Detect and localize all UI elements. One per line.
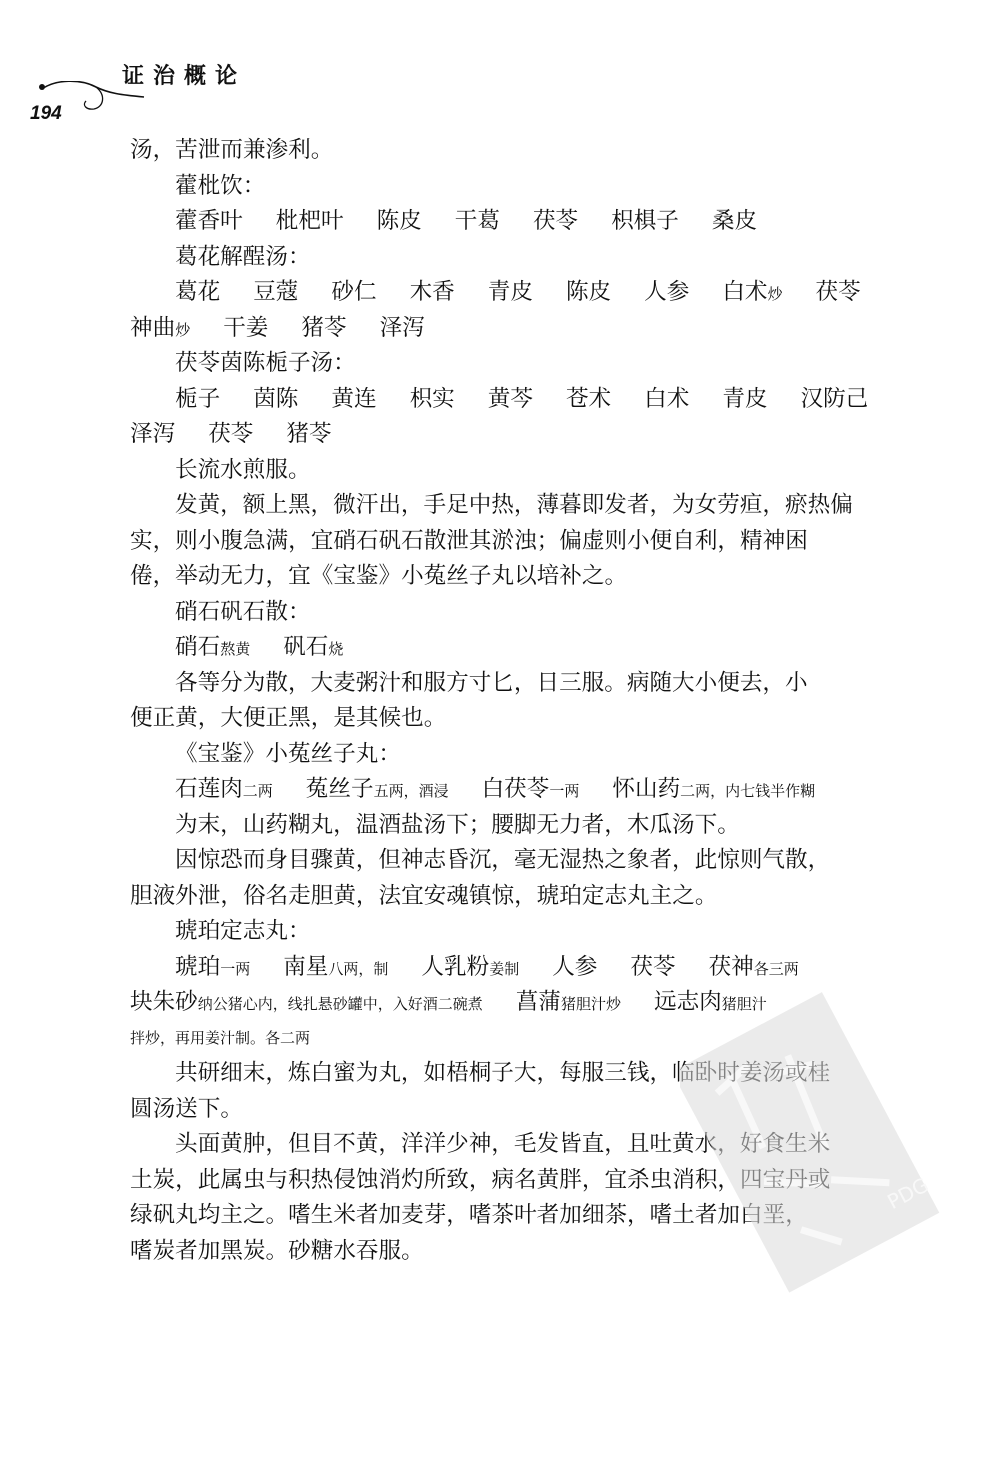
herb-name: 干姜: [223, 315, 268, 341]
herb-name: 石莲肉: [175, 776, 243, 802]
herb-name: 神曲: [130, 315, 175, 341]
herb-item: 神曲炒: [130, 315, 190, 341]
herb-item: 藿香叶: [175, 208, 243, 234]
herb-name: 泽泻: [130, 421, 175, 447]
herb-name: 干葛: [455, 208, 500, 234]
herb-item: 怀山药二两，内七钱半作糊: [612, 776, 815, 802]
section-heading: 葛花解酲汤：: [130, 240, 902, 276]
herb-item: 青皮: [722, 386, 767, 412]
herb-item: 黄芩: [488, 386, 533, 412]
section-heading: 《宝鉴》小菟丝子丸：: [130, 737, 902, 773]
section-heading: 藿枇饮：: [130, 169, 902, 205]
herb-preparation-note: 猪胆汁炒: [561, 995, 621, 1013]
herb-name: 栀子: [175, 386, 220, 412]
running-title: 证治概论: [122, 59, 246, 90]
herb-item: 木香: [410, 279, 455, 305]
herb-preparation-note: 姜制: [489, 960, 519, 978]
herb-item: 黄连: [331, 386, 376, 412]
paragraph-line: 因惊恐而身目骤黄，但神志昏沉，毫无湿热之象者，此惊则气散，: [130, 843, 902, 879]
herb-list: 神曲炒干姜猪苓泽泻: [130, 311, 902, 347]
herb-preparation-note: 二两，内七钱半作糊: [680, 782, 815, 800]
herb-item: 干葛: [455, 208, 500, 234]
herb-item: 琥珀一两: [175, 954, 250, 980]
herb-name: 菖蒲: [516, 989, 561, 1015]
herb-preparation-note: 烧: [328, 640, 343, 658]
herb-item: 枳实: [410, 386, 455, 412]
herb-preparation-note: 一两: [220, 960, 250, 978]
paragraph-continuation: 汤，苦泄而兼渗利。: [130, 133, 902, 169]
herb-name: 人乳粉: [421, 954, 489, 980]
herb-item: 茯苓: [208, 421, 253, 447]
herb-name: 藿香叶: [175, 208, 243, 234]
herb-name: 菟丝子: [306, 776, 374, 802]
herb-name: 茯苓: [208, 421, 253, 447]
herb-name: 怀山药: [612, 776, 680, 802]
herb-name: 黄连: [331, 386, 376, 412]
herb-item: 泽泻: [380, 315, 425, 341]
herb-name: 砂仁: [331, 279, 376, 305]
herb-preparation-note: 一两: [549, 782, 579, 800]
herb-name: 矾石: [283, 634, 328, 660]
herb-item: 猪苓: [301, 315, 346, 341]
herb-name: 猪苓: [286, 421, 331, 447]
herb-item: 菖蒲猪胆汁炒: [516, 989, 621, 1015]
herb-preparation-note: 八两，制: [328, 960, 388, 978]
herb-name: 泽泻: [380, 315, 425, 341]
section-heading: 长流水煎服。: [130, 453, 902, 489]
herb-name: 茯苓: [533, 208, 578, 234]
herb-list: 栀子茵陈黄连枳实黄芩苍术白术青皮汉防己: [130, 382, 902, 418]
paragraph-line: 胆液外泄，俗名走胆黄，法宜安魂镇惊，琥珀定志丸主之。: [130, 879, 902, 915]
herb-item: 茯神各三两: [709, 954, 799, 980]
herb-name: 茯苓: [816, 279, 861, 305]
herb-name: 人参: [644, 279, 689, 305]
herb-item: 白茯苓一两: [482, 776, 580, 802]
herb-name: 陈皮: [377, 208, 422, 234]
herb-list: 泽泻茯苓猪苓: [130, 417, 902, 453]
herb-item: 青皮: [488, 279, 533, 305]
herb-item: 块朱砂纳公猪心内，线扎悬砂罐中，入好酒二碗煮: [130, 989, 483, 1015]
herb-name: 块朱砂: [130, 989, 198, 1015]
herb-name: 陈皮: [566, 279, 611, 305]
herb-item: 枳椇子: [611, 208, 679, 234]
herb-name: 硝石: [175, 634, 220, 660]
page-header: 证治概论 194: [30, 55, 350, 135]
herb-item: 石莲肉二两: [175, 776, 273, 802]
watermark-stamp-icon: PDG: [680, 985, 940, 1295]
herb-item: 人参: [552, 954, 597, 980]
herb-preparation-note: 炒: [768, 285, 783, 303]
herb-list: 藿香叶枇杷叶陈皮干葛茯苓枳椇子桑皮: [130, 204, 902, 240]
herb-item: 豆蔻: [253, 279, 298, 305]
herb-name: 茯苓: [630, 954, 675, 980]
section-heading: 琥珀定志丸：: [130, 914, 902, 950]
herb-list: 石莲肉二两菟丝子五两，酒浸白茯苓一两怀山药二两，内七钱半作糊: [130, 772, 902, 808]
herb-item: 桑皮: [712, 208, 757, 234]
herb-item: 泽泻: [130, 421, 175, 447]
herb-item: 菟丝子五两，酒浸: [306, 776, 449, 802]
herb-item: 硝石熬黄: [175, 634, 250, 660]
herb-name: 青皮: [722, 386, 767, 412]
herb-name: 人参: [552, 954, 597, 980]
herb-name: 白术: [644, 386, 689, 412]
herb-preparation-note: 各三两: [754, 960, 799, 978]
herb-item: 茯苓: [533, 208, 578, 234]
section-heading: 茯苓茵陈栀子汤：: [130, 346, 902, 382]
herb-name: 白术: [722, 279, 767, 305]
herb-name: 豆蔻: [253, 279, 298, 305]
herb-name: 青皮: [488, 279, 533, 305]
paragraph-line: 便正黄，大便正黑，是其候也。: [130, 701, 902, 737]
herb-preparation-note: 熬黄: [220, 640, 250, 658]
herb-name: 桑皮: [712, 208, 757, 234]
herb-item: 茯苓: [630, 954, 675, 980]
herb-preparation-note: 二两: [243, 782, 273, 800]
herb-name: 南星: [283, 954, 328, 980]
herb-name: 苍术: [566, 386, 611, 412]
herb-item: 栀子: [175, 386, 220, 412]
herb-list: 琥珀一两南星八两，制人乳粉姜制人参茯苓茯神各三两: [130, 950, 902, 986]
herb-preparation-note: 纳公猪心内，线扎悬砂罐中，入好酒二碗煮: [198, 995, 483, 1013]
herb-name: 木香: [410, 279, 455, 305]
herb-item: 南星八两，制: [283, 954, 388, 980]
herb-item: 白术炒: [722, 279, 782, 305]
herb-name: 白茯苓: [482, 776, 550, 802]
paragraph-line: 发黄，额上黑，微汗出，手足中热，薄暮即发者，为女劳疸，瘀热偏: [130, 488, 902, 524]
herb-name: 猪苓: [301, 315, 346, 341]
section-heading: 为末，山药糊丸，温酒盐汤下；腰脚无力者，木瓜汤下。: [130, 808, 902, 844]
herb-item: 陈皮: [377, 208, 422, 234]
herb-item: 白术: [644, 386, 689, 412]
herb-item: 枇杷叶: [276, 208, 344, 234]
herb-name: 枳椇子: [611, 208, 679, 234]
herb-item: 茯苓: [816, 279, 861, 305]
herb-item: 矾石烧: [283, 634, 343, 660]
herb-name: 汉防己: [801, 386, 869, 412]
herb-item: 葛花: [175, 279, 220, 305]
herb-item: 猪苓: [286, 421, 331, 447]
herb-name: 枳实: [410, 386, 455, 412]
herb-item: 人参: [644, 279, 689, 305]
herb-item: 砂仁: [331, 279, 376, 305]
paragraph-line: 倦，举动无力，宜《宝鉴》小菟丝子丸以培补之。: [130, 559, 902, 595]
herb-name: 茵陈: [253, 386, 298, 412]
herb-item: 苍术: [566, 386, 611, 412]
herb-name: 琥珀: [175, 954, 220, 980]
herb-name: 茯神: [709, 954, 754, 980]
herb-list: 硝石熬黄矾石烧: [130, 630, 902, 666]
herb-item: 陈皮: [566, 279, 611, 305]
herb-name: 枇杷叶: [276, 208, 344, 234]
herb-name: 葛花: [175, 279, 220, 305]
herb-list: 葛花豆蔻砂仁木香青皮陈皮人参白术炒茯苓: [130, 275, 902, 311]
section-heading: 硝石矾石散：: [130, 595, 902, 631]
paragraph-line: 各等分为散，大麦粥汁和服方寸匕，日三服。病随大小便去，小: [130, 666, 902, 702]
herb-item: 茵陈: [253, 386, 298, 412]
herb-preparation-note: 炒: [175, 321, 190, 339]
herb-name: 黄芩: [488, 386, 533, 412]
herb-preparation-note: 五两，酒浸: [374, 782, 449, 800]
paragraph-line: 实，则小腹急满，宜硝石矾石散泄其淤浊；偏虚则小便自利，精神困: [130, 524, 902, 560]
herb-item: 汉防己: [801, 386, 869, 412]
page-number: 194: [30, 103, 62, 125]
herb-item: 人乳粉姜制: [421, 954, 519, 980]
herb-item: 干姜: [223, 315, 268, 341]
